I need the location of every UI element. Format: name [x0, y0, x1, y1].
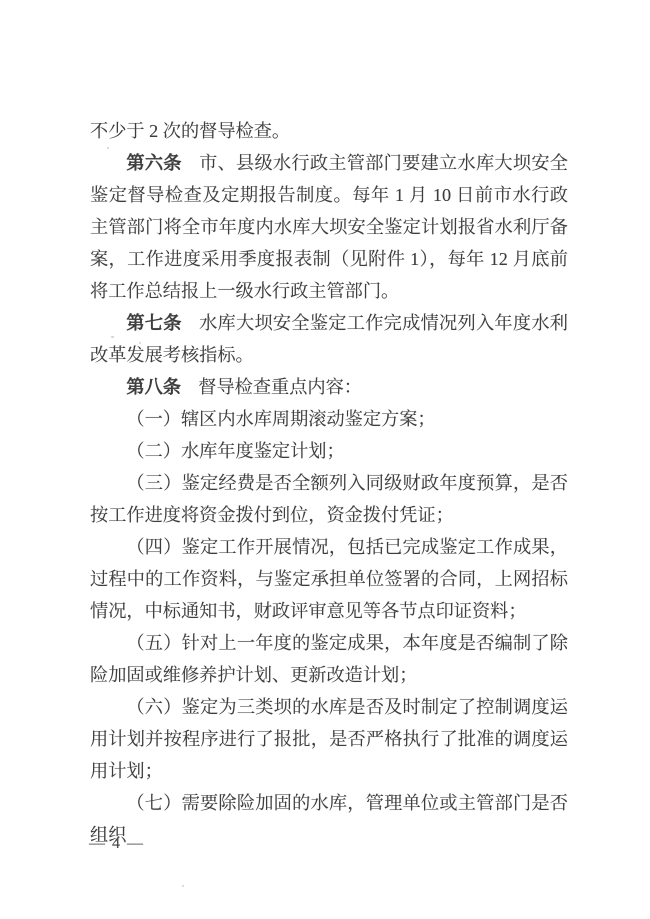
paragraph-item-5: （五）针对上一年度的鉴定成果，本年度是否编制了除险加固或维修养护计划、更新改造计… [90, 627, 568, 691]
paragraph-text: （五）针对上一年度的鉴定成果，本年度是否编制了除险加固或维修养护计划、更新改造计… [90, 633, 568, 685]
paragraph-item-3: （三）鉴定经费是否全额列入同级财政年度预算，是否按工作进度将资金拨付到位，资金拨… [90, 467, 568, 531]
paragraph-item-4: （四）鉴定工作开展情况，包括已完成鉴定工作成果，过程中的工作资料，与鉴定承担单位… [90, 531, 568, 627]
paragraph-item-6: （六）鉴定为三类坝的水库是否及时制定了控制调度运用计划并按程序进行了报批，是否严… [90, 691, 568, 787]
paragraph-continuation: 不少于 2 次的督导检查。 [90, 115, 568, 147]
paragraph-text: （三）鉴定经费是否全额列入同级财政年度预算，是否按工作进度将资金拨付到位，资金拨… [90, 473, 568, 525]
page-number: — 4 — [89, 835, 145, 853]
paragraph-text: 督导检查重点内容： [198, 377, 362, 397]
article-lead: 第八条 [126, 377, 181, 397]
paragraph-item-7: （七）需要除险加固的水库，管理单位或主管部门是否组织 [90, 787, 568, 851]
scan-speck [182, 885, 184, 887]
document-body: 不少于 2 次的督导检查。 第六条市、县级水行政主管部门要建立水库大坝安全鉴定督… [90, 115, 568, 851]
paragraph-text: 市、县级水行政主管部门要建立水库大坝安全鉴定督导检查及定期报告制度。每年 1 月… [90, 153, 568, 301]
paragraph-text: （四）鉴定工作开展情况，包括已完成鉴定工作成果，过程中的工作资料，与鉴定承担单位… [90, 537, 568, 621]
paragraph-text: （六）鉴定为三类坝的水库是否及时制定了控制调度运用计划并按程序进行了报批，是否严… [90, 697, 568, 781]
paragraph-text: （一）辖区内水库周期滚动鉴定方案； [126, 409, 435, 429]
paragraph-text: 不少于 2 次的督导检查。 [90, 121, 290, 141]
scan-speck [111, 336, 114, 338]
scanned-document-page: 不少于 2 次的督导检查。 第六条市、县级水行政主管部门要建立水库大坝安全鉴定督… [0, 0, 650, 919]
paragraph-article-7: 第七条水库大坝安全鉴定工作完成情况列入年度水利改革发展考核指标。 [90, 307, 568, 371]
paragraph-item-1: （一）辖区内水库周期滚动鉴定方案； [90, 403, 568, 435]
paragraph-item-2: （二）水库年度鉴定计划； [90, 435, 568, 467]
scan-speck [107, 147, 109, 149]
article-lead: 第七条 [126, 313, 181, 333]
scan-speck [139, 342, 141, 344]
paragraph-article-6: 第六条市、县级水行政主管部门要建立水库大坝安全鉴定督导检查及定期报告制度。每年 … [90, 147, 568, 307]
paragraph-article-8: 第八条督导检查重点内容： [90, 371, 568, 403]
article-lead: 第六条 [126, 153, 181, 173]
paragraph-text: （七）需要除险加固的水库，管理单位或主管部门是否组织 [90, 793, 568, 845]
paragraph-text: （二）水库年度鉴定计划； [126, 441, 344, 461]
